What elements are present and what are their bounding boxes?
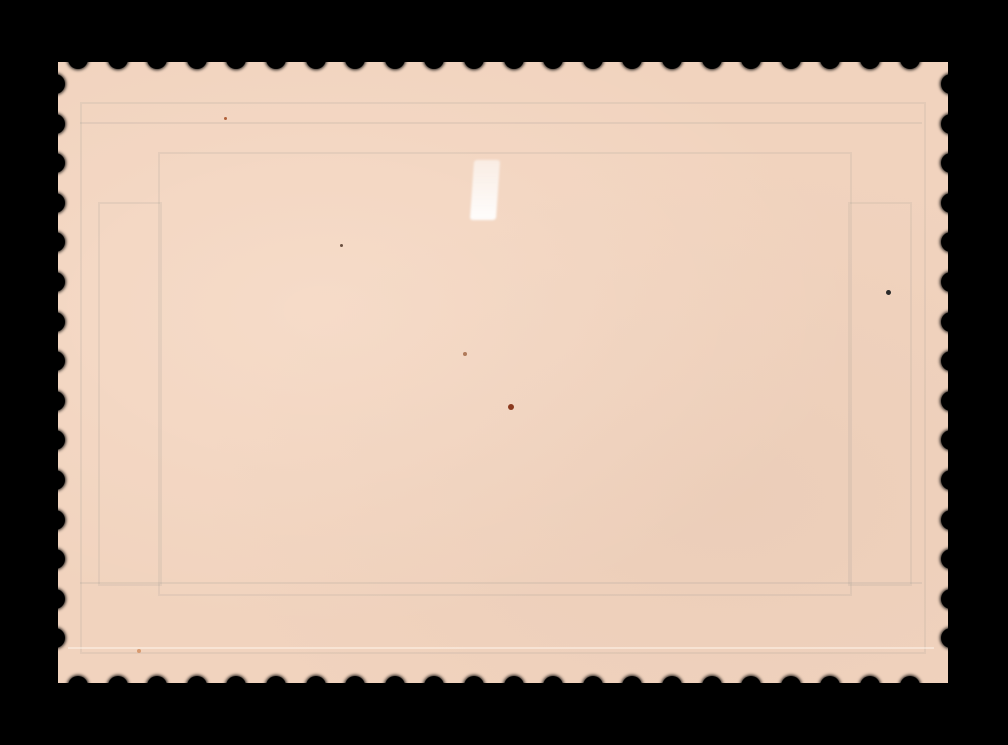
perforation-hole — [45, 391, 65, 411]
speck — [340, 244, 343, 247]
ghost-left-panel — [98, 202, 162, 586]
speck — [508, 404, 514, 410]
perforation-hole — [941, 470, 961, 490]
perforation-hole — [941, 272, 961, 292]
perforation-hole — [583, 49, 603, 69]
perforation-hole — [941, 114, 961, 134]
perforation-hole — [941, 430, 961, 450]
perforation-hole — [941, 549, 961, 569]
perforation-hole — [266, 49, 286, 69]
perforation-hole — [662, 676, 682, 696]
perforation-hole — [45, 510, 65, 530]
perforation-hole — [941, 153, 961, 173]
perforation-hole — [820, 676, 840, 696]
perforation-hole — [741, 676, 761, 696]
perforation-hole — [464, 676, 484, 696]
perforation-hole — [662, 49, 682, 69]
perforation-hole — [108, 49, 128, 69]
ghost-bottom-band — [80, 582, 922, 584]
perforation-hole — [345, 676, 365, 696]
perforation-hole — [702, 49, 722, 69]
perforation-hole — [306, 49, 326, 69]
perforation-hole — [941, 628, 961, 648]
perforation-hole — [941, 232, 961, 252]
perforation-hole — [464, 49, 484, 69]
perforation-hole — [385, 676, 405, 696]
perforation-hole — [187, 676, 207, 696]
perforation-hole — [424, 676, 444, 696]
perforation-hole — [306, 676, 326, 696]
perforation-hole — [45, 114, 65, 134]
perforation-hole — [583, 676, 603, 696]
paper-thin-spot — [470, 160, 500, 220]
perforation-hole — [622, 676, 642, 696]
perforation-hole — [941, 589, 961, 609]
speck — [463, 352, 467, 356]
perforation-hole — [266, 676, 286, 696]
stamp-reverse — [58, 62, 948, 683]
perforation-hole — [147, 676, 167, 696]
perforation-hole — [860, 676, 880, 696]
speck — [224, 117, 227, 120]
perforation-hole — [45, 312, 65, 332]
perforation-hole — [108, 676, 128, 696]
perforation-hole — [45, 74, 65, 94]
photo-scene — [0, 0, 1008, 745]
perforation-hole — [45, 470, 65, 490]
perforation-hole — [504, 676, 524, 696]
perforation-hole — [68, 49, 88, 69]
perforation-hole — [45, 272, 65, 292]
perforation-hole — [45, 589, 65, 609]
perforation-hole — [900, 49, 920, 69]
perforation-hole — [781, 676, 801, 696]
perforation-hole — [860, 49, 880, 69]
perforation-hole — [941, 312, 961, 332]
ghost-inner-frame — [158, 152, 852, 596]
perforation-hole — [68, 676, 88, 696]
perforation-hole — [781, 49, 801, 69]
perforation-hole — [543, 676, 563, 696]
perforation-hole — [187, 49, 207, 69]
perforation-hole — [226, 676, 246, 696]
perforation-hole — [900, 676, 920, 696]
speck — [137, 649, 141, 653]
ghost-right-panel — [848, 202, 912, 586]
perforation-hole — [702, 676, 722, 696]
ghost-bottom-edge — [68, 647, 934, 649]
perforation-hole — [385, 49, 405, 69]
perforation-hole — [941, 193, 961, 213]
speck — [886, 290, 891, 295]
perforation-hole — [504, 49, 524, 69]
perforation-hole — [941, 510, 961, 530]
ghost-top-band — [80, 122, 922, 124]
perforation-hole — [941, 74, 961, 94]
perforation-hole — [941, 391, 961, 411]
perforation-hole — [45, 193, 65, 213]
perforation-hole — [941, 351, 961, 371]
